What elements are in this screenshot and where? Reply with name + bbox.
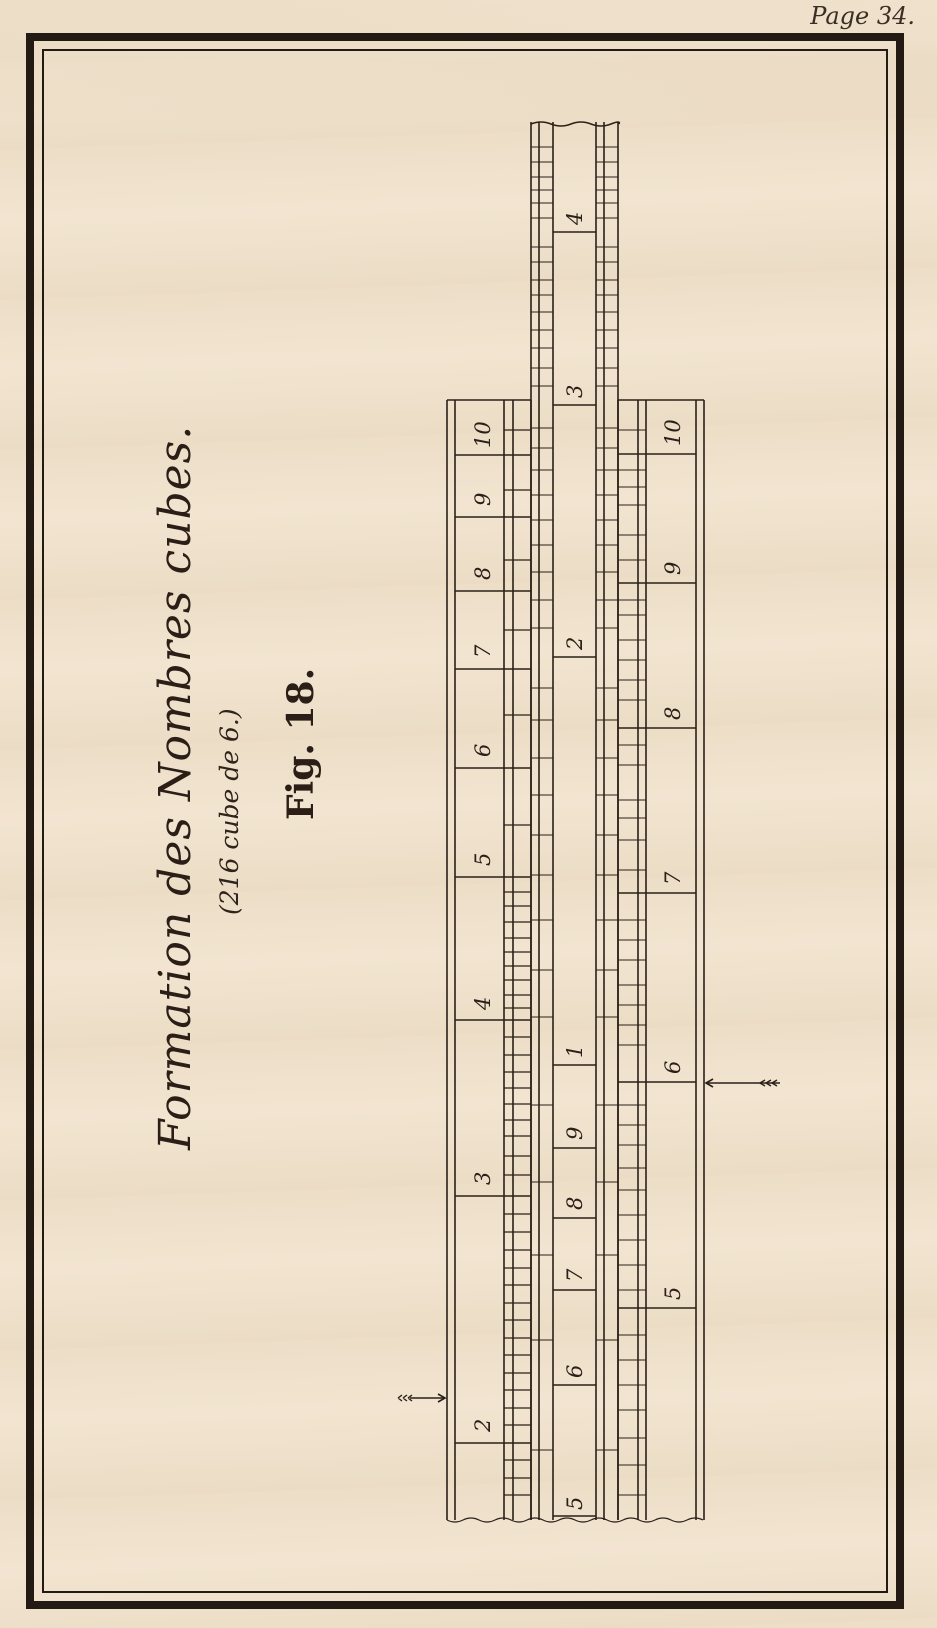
center-label-7: 7 [563, 1268, 587, 1282]
center-label-6: 6 [563, 1365, 587, 1378]
left-label-2: 2 [471, 1419, 495, 1433]
center-label-8: 8 [563, 1197, 587, 1210]
arrow-right-strip [706, 1079, 780, 1087]
center-label-3: 3 [563, 385, 587, 398]
arrow-left-strip [398, 1394, 445, 1402]
center-label-9: 9 [563, 1127, 587, 1140]
left-label-8: 8 [471, 567, 495, 580]
right-label-8: 8 [661, 707, 685, 720]
center-label-5: 5 [563, 1497, 587, 1510]
right-label-10: 10 [661, 419, 685, 446]
right-ladder [618, 430, 646, 1495]
right-label-9: 9 [661, 562, 685, 575]
right-label-5: 5 [661, 1287, 685, 1300]
left-label-5: 5 [471, 853, 495, 866]
right-label-7: 7 [661, 871, 685, 885]
center-strip [531, 122, 619, 1520]
left-label-9: 9 [471, 493, 495, 506]
right-strip-labels: 5 6 7 8 9 10 [661, 419, 685, 1300]
center-label-1: 1 [563, 1045, 587, 1058]
cube-formation-diagram: 2 3 4 5 6 7 8 9 10 5 6 7 8 9 1 2 3 4 5 6… [0, 0, 937, 1628]
center-label-4: 4 [563, 212, 587, 226]
left-label-7: 7 [471, 644, 495, 658]
center-strip-labels: 5 6 7 8 9 1 2 3 4 [563, 212, 587, 1510]
left-label-4: 4 [471, 997, 495, 1011]
left-label-3: 3 [471, 1172, 495, 1185]
left-label-6: 6 [471, 744, 495, 757]
center-label-2: 2 [563, 637, 587, 651]
center-ladders [531, 147, 618, 1450]
left-label-10: 10 [471, 421, 495, 448]
left-ladder [504, 430, 531, 1495]
right-label-6: 6 [661, 1061, 685, 1074]
left-strip-labels: 2 3 4 5 6 7 8 9 10 [471, 421, 495, 1433]
